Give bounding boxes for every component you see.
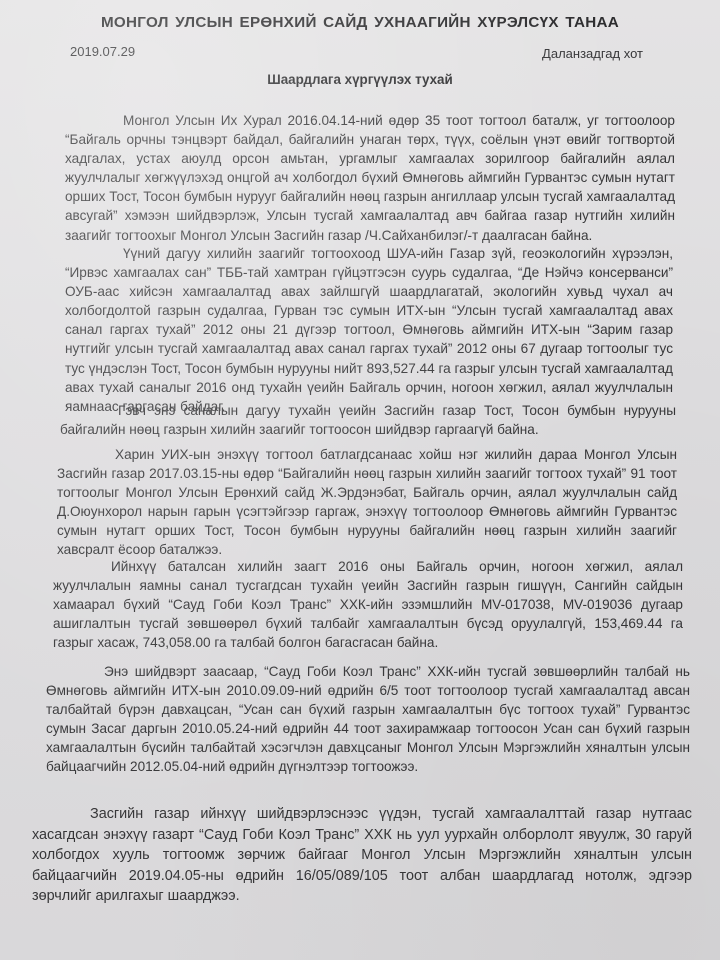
paragraph-1: Монгол Улсын Их Хурал 2016.04.14-ний өдө… bbox=[65, 111, 675, 245]
document-meta: 2019.07.29 Даланзадгад хот bbox=[70, 44, 643, 62]
paragraph-7: Засгийн газар ийнхүү шийдвэрлэснээс үүдэ… bbox=[32, 804, 692, 907]
document-page: МОНГОЛ УЛСЫН ЕРӨНХИЙ САЙД УХНААГИЙН ХҮРЭ… bbox=[0, 0, 720, 960]
paragraph-text: Энэ шийдвэрт заасаар, “Сауд Гоби Коэл Тр… bbox=[46, 664, 690, 774]
paragraph-text: Ийнхүү баталсан хилийн заагт 2016 оны Ба… bbox=[53, 559, 683, 650]
paragraph-text: Харин УИХ-ын энэхүү тогтоол батлагдсанаа… bbox=[57, 447, 677, 557]
paragraph-5: Ийнхүү баталсан хилийн заагт 2016 оны Ба… bbox=[53, 557, 683, 652]
document-date: 2019.07.29 bbox=[70, 44, 135, 59]
paragraph-text: Засгийн газар ийнхүү шийдвэрлэснээс үүдэ… bbox=[32, 806, 692, 904]
paragraph-3: Гэвч энэ саналын дагуу тухайн үеийн Засг… bbox=[60, 401, 676, 439]
organization-title: МОНГОЛ УЛСЫН ЕРӨНХИЙ САЙД УХНААГИЙН ХҮРЭ… bbox=[0, 14, 720, 31]
paragraph-2: Үүний дагуу хилийн заагийг тогтоохоод ШУ… bbox=[65, 244, 673, 416]
paragraph-6: Энэ шийдвэрт заасаар, “Сауд Гоби Коэл Тр… bbox=[46, 662, 690, 777]
document-subject: Шаардлага хүргүүлэх тухай bbox=[0, 72, 720, 87]
document-place: Даланзадгад хот bbox=[542, 46, 643, 61]
paragraph-text: Гэвч энэ саналын дагуу тухайн үеийн Засг… bbox=[60, 403, 676, 437]
paragraph-text: Монгол Улсын Их Хурал 2016.04.14-ний өдө… bbox=[65, 113, 675, 243]
paragraph-4: Харин УИХ-ын энэхүү тогтоол батлагдсанаа… bbox=[57, 445, 677, 560]
paragraph-text: Үүний дагуу хилийн заагийг тогтоохоод ШУ… bbox=[65, 246, 673, 414]
